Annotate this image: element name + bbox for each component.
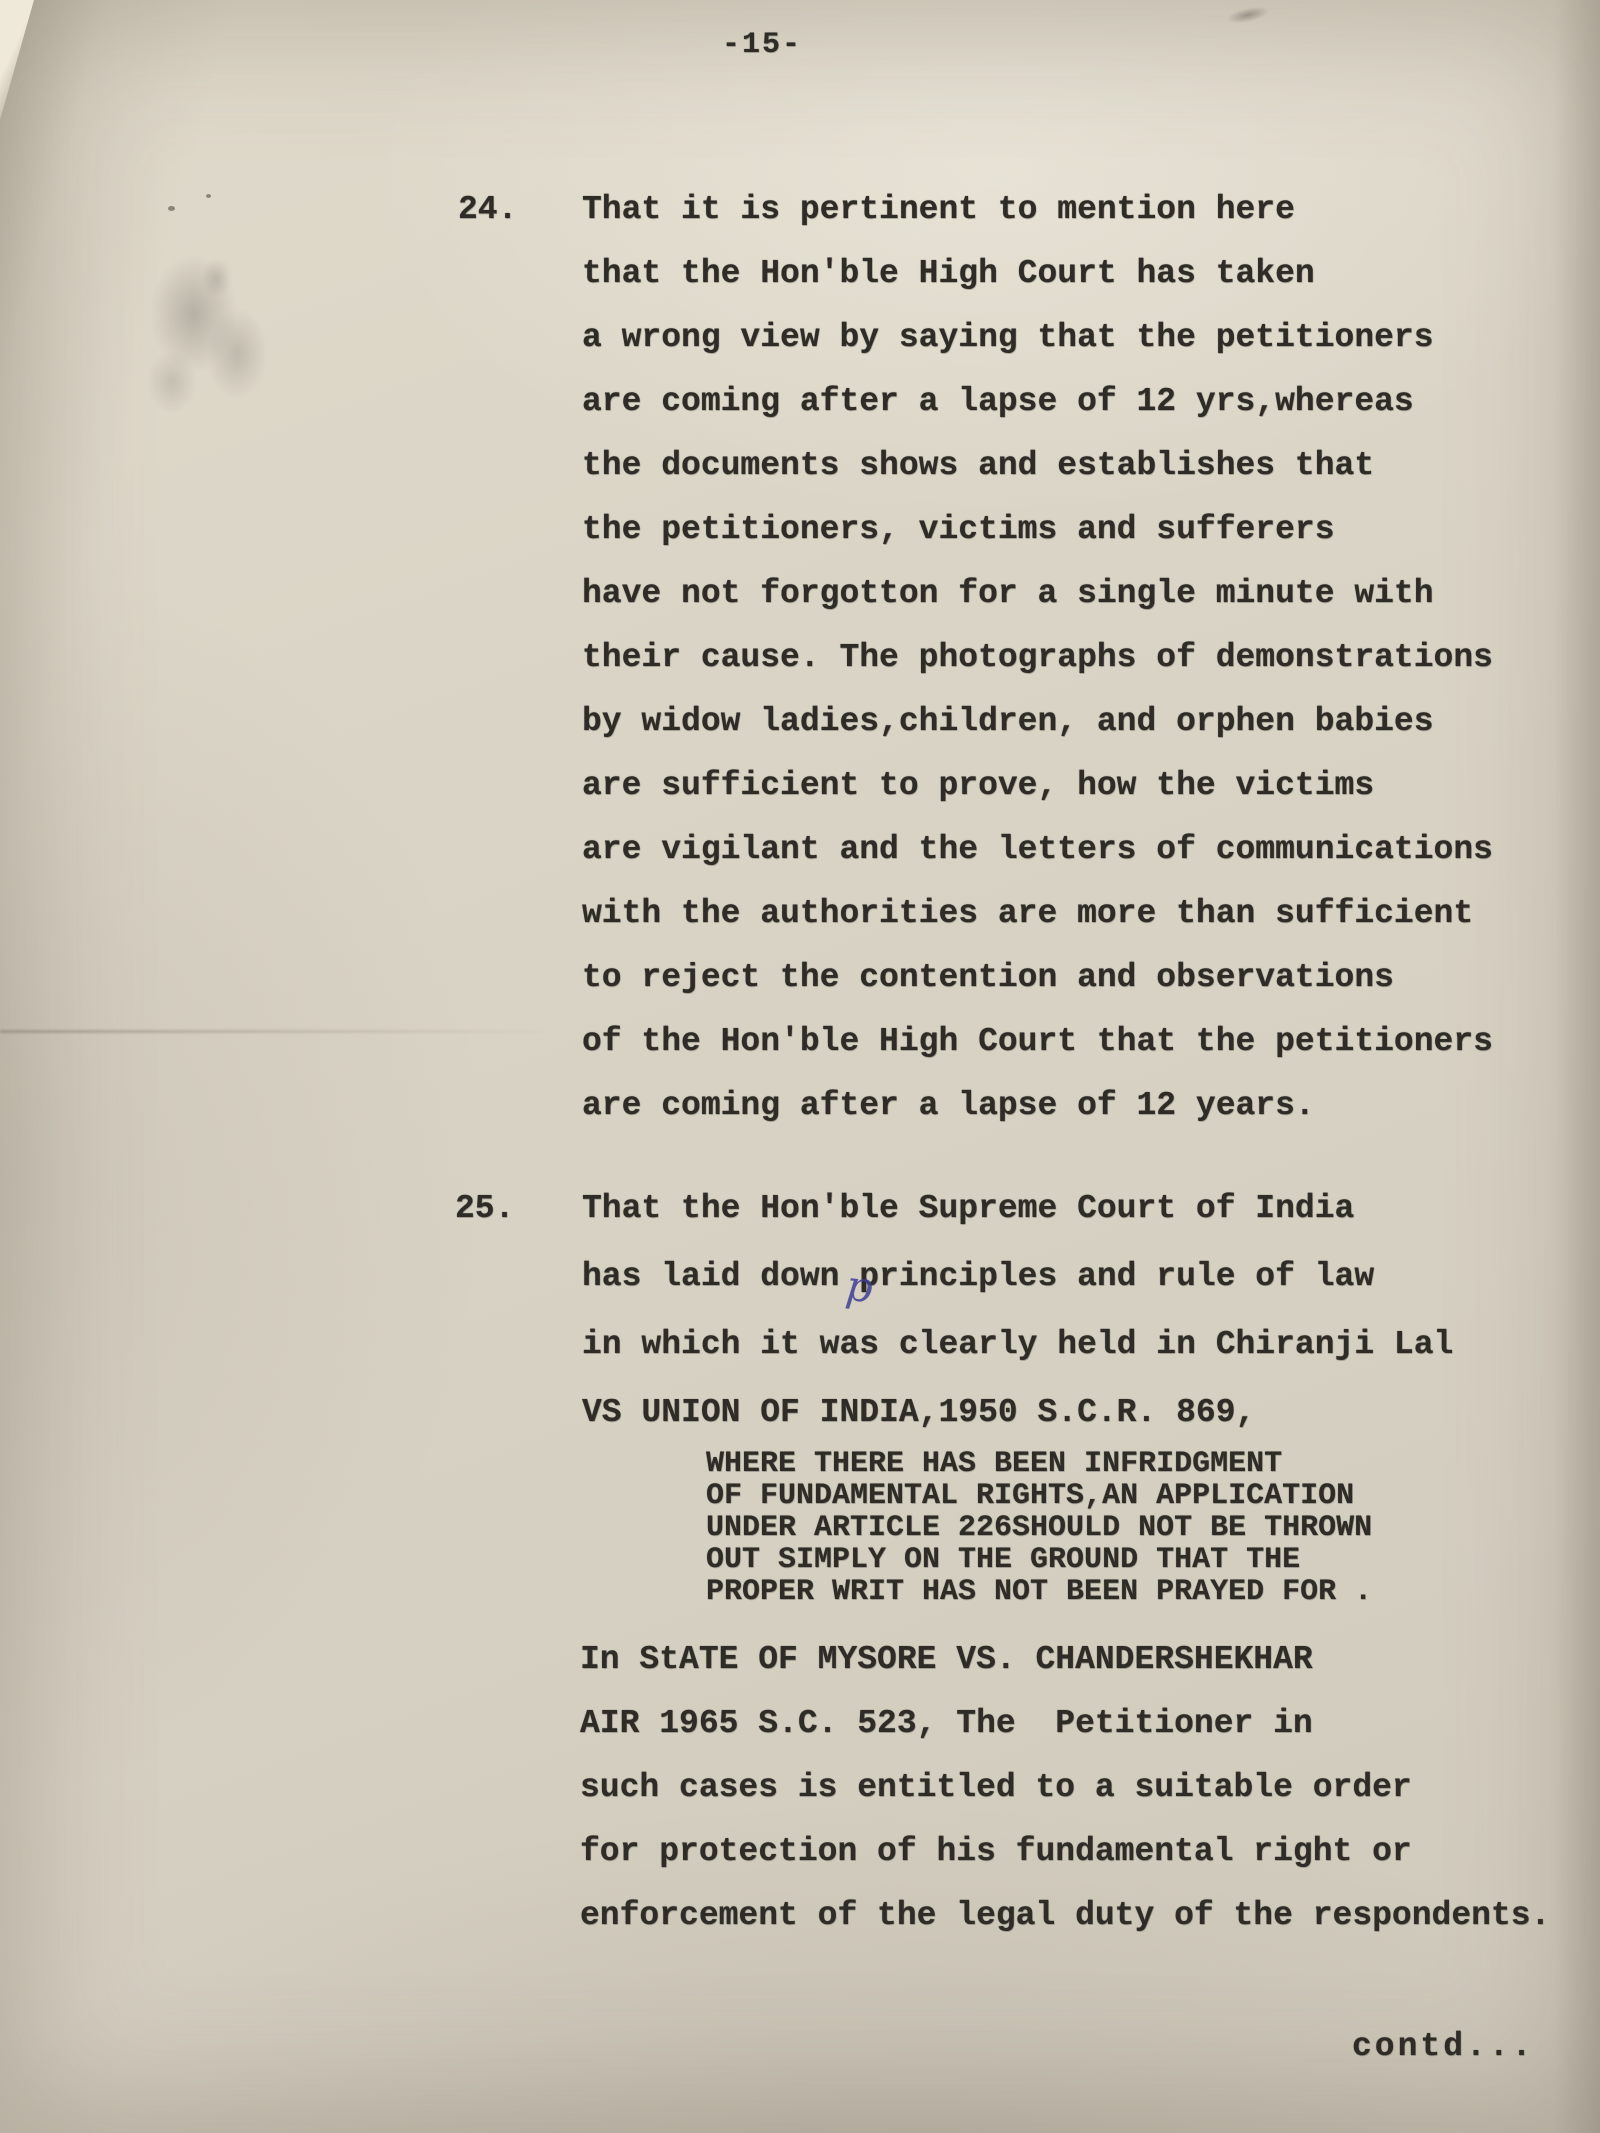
text-line: for protection of his fundamental right …	[580, 1820, 1550, 1884]
text-line: the documents shows and establishes that	[582, 434, 1493, 498]
pencil-smear	[1225, 4, 1271, 27]
text-line: UNDER ARTICLE 226SHOULD NOT BE THROWN	[706, 1512, 1372, 1544]
text-line: WHERE THERE HAS BEEN INFRIDGMENT	[706, 1448, 1372, 1480]
page-number: -15-	[722, 28, 802, 62]
citation-paragraph-text: In StATE OF MYSORE VS. CHANDERSHEKHARAIR…	[580, 1628, 1550, 1948]
continuation-note: contd...	[1352, 2028, 1534, 2065]
text-line: has laid down principles and rule of law	[582, 1243, 1453, 1311]
handwritten-correction: p	[844, 1261, 876, 1313]
text-line: a wrong view by saying that the petition…	[582, 306, 1493, 370]
text-line: in which it was clearly held in Chiranji…	[582, 1311, 1453, 1379]
text-line: are coming after a lapse of 12 years.	[582, 1074, 1493, 1138]
text-line: to reject the contention and observation…	[582, 946, 1493, 1010]
text-line: OUT SIMPLY ON THE GROUND THAT THE	[706, 1544, 1372, 1576]
paragraph-24-marker: 24.	[458, 178, 517, 242]
ink-speck	[206, 194, 211, 198]
blockquote-citation: WHERE THERE HAS BEEN INFRIDGMENTOF FUNDA…	[706, 1448, 1372, 1608]
text-line: That it is pertinent to mention here	[582, 178, 1493, 242]
text-line: their cause. The photographs of demonstr…	[582, 626, 1493, 690]
text-line: VS UNION OF INDIA,1950 S.C.R. 869,	[582, 1379, 1453, 1447]
text-line: PROPER WRIT HAS NOT BEEN PRAYED FOR .	[706, 1576, 1372, 1608]
text-line: AIR 1965 S.C. 523, The Petitioner in	[580, 1692, 1550, 1756]
text-line: are coming after a lapse of 12 yrs,where…	[582, 370, 1493, 434]
ink-speck	[168, 206, 175, 211]
text-line: that the Hon'ble High Court has taken	[582, 242, 1493, 306]
text-line: enforcement of the legal duty of the res…	[580, 1884, 1550, 1948]
text-line: by widow ladies,children, and orphen bab…	[582, 690, 1493, 754]
text-line: have not forgotton for a single minute w…	[582, 562, 1493, 626]
page-corner-tear	[0, 0, 34, 120]
paragraph-25-text: That the Hon'ble Supreme Court of Indiah…	[582, 1175, 1453, 1447]
page-edge-shadow	[1554, 0, 1600, 2133]
text-line: such cases is entitled to a suitable ord…	[580, 1756, 1550, 1820]
text-line: are sufficient to prove, how the victims	[582, 754, 1493, 818]
paragraph-25-marker: 25.	[455, 1175, 514, 1243]
text-line: That the Hon'ble Supreme Court of India	[582, 1175, 1453, 1243]
text-line: are vigilant and the letters of communic…	[582, 818, 1493, 882]
paragraph-24-text: That it is pertinent to mention herethat…	[582, 178, 1493, 1138]
text-line: the petitioners, victims and sufferers	[582, 498, 1493, 562]
text-line: OF FUNDAMENTAL RIGHTS,AN APPLICATION	[706, 1480, 1372, 1512]
text-line: of the Hon'ble High Court that the petit…	[582, 1010, 1493, 1074]
paper-crease	[0, 1030, 560, 1033]
fingerprint-smudge	[118, 238, 298, 438]
text-line: with the authorities are more than suffi…	[582, 882, 1493, 946]
document-page: -15- 24. That it is pertinent to mention…	[0, 0, 1600, 2133]
text-line: In StATE OF MYSORE VS. CHANDERSHEKHAR	[580, 1628, 1550, 1692]
